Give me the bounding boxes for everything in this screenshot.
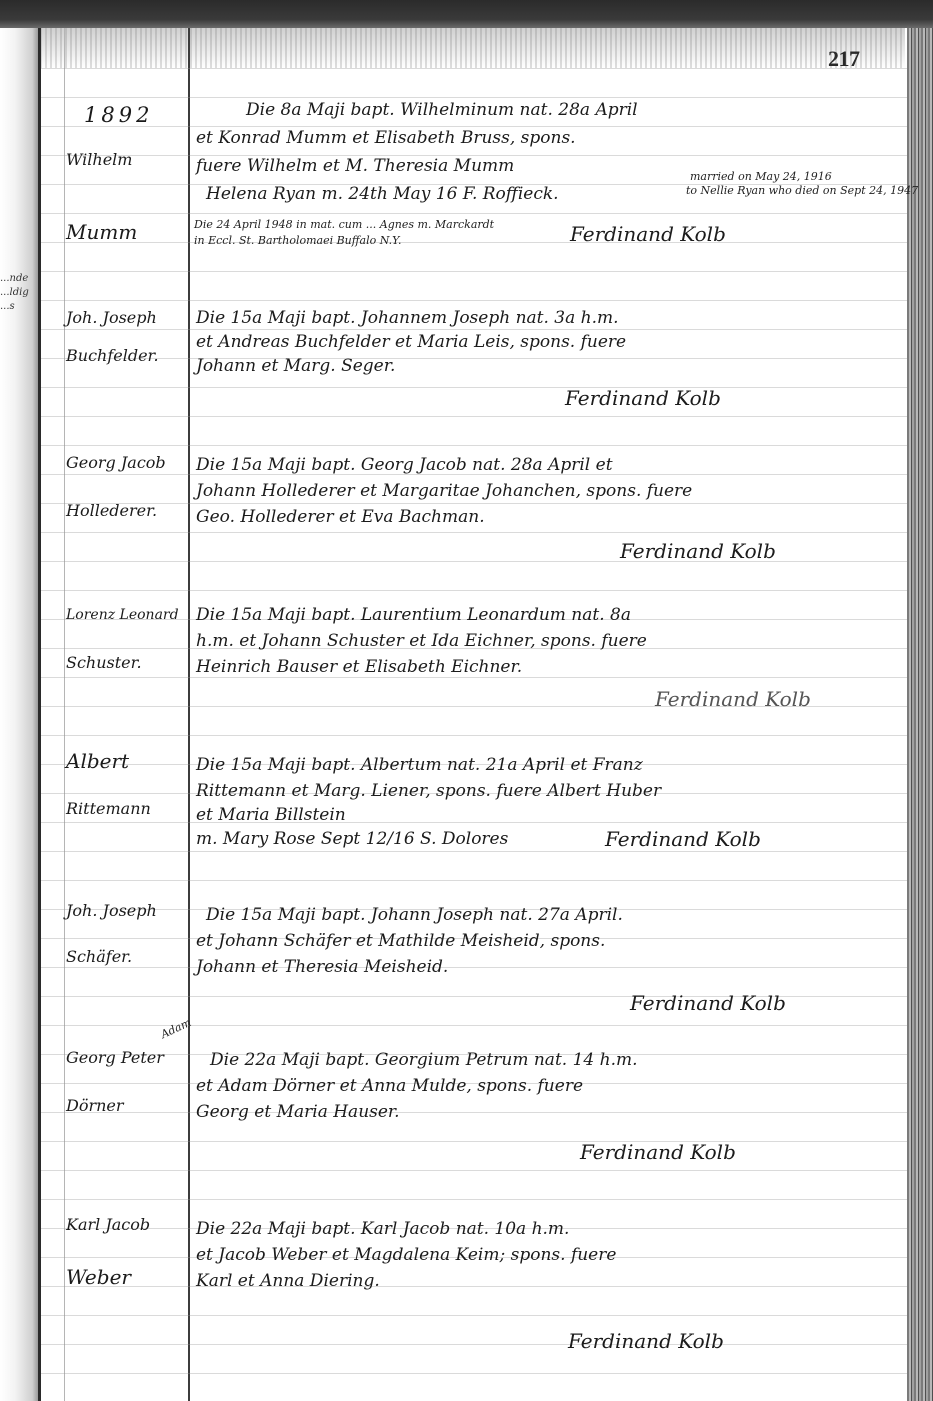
- entry-line: Die 15a Maji bapt. Albertum nat. 21a Apr…: [196, 755, 643, 775]
- scan-top-edge: [0, 0, 933, 28]
- page-binding-edge: [907, 28, 933, 1401]
- page-number: 217: [828, 46, 860, 72]
- surname: Rittemann: [66, 799, 151, 819]
- entry-line: Die 22a Maji bapt. Karl Jacob nat. 10a h…: [196, 1219, 569, 1239]
- given-name: Georg Jacob: [66, 453, 166, 473]
- entry-line: Die 22a Maji bapt. Georgium Petrum nat. …: [210, 1050, 638, 1070]
- entry-line: Die 15a Maji bapt. Johann Joseph nat. 27…: [206, 905, 623, 925]
- entry-line: Geo. Hollederer et Eva Bachman.: [196, 507, 485, 527]
- entry-line: Die 15a Maji bapt. Johannem Joseph nat. …: [196, 308, 619, 328]
- entry-line: Die 15a Maji bapt. Laurentium Leonardum …: [196, 605, 631, 625]
- margin-rule: [38, 28, 41, 1401]
- entry-line-marriage-note: m. Mary Rose Sept 12/16 S. Dolores: [196, 829, 508, 849]
- entry-line: Johann et Theresia Meisheid.: [196, 957, 448, 977]
- name-column-rule: [188, 28, 190, 1401]
- entry-line: Die 15a Maji bapt. Georg Jacob nat. 28a …: [196, 455, 613, 475]
- entry-line: Georg et Maria Hauser.: [196, 1102, 400, 1122]
- entry-line: Heinrich Bauser et Elisabeth Eichner.: [196, 657, 522, 677]
- given-name: Joh. Joseph: [66, 308, 157, 328]
- annotation-wife: to Nellie Ryan who died on Sept 24, 1947: [686, 184, 918, 197]
- entry-line: Helena Ryan m. 24th May 16 F. Roffieck.: [206, 184, 559, 204]
- entry-line: fuere Wilhelm et M. Theresia Mumm: [196, 156, 514, 176]
- given-name: Wilhelm: [66, 150, 132, 170]
- entry-line: et Andreas Buchfelder et Maria Leis, spo…: [196, 332, 626, 352]
- given-name: Georg Peter: [66, 1048, 164, 1068]
- annotation-death: Die 24 April 1948 in mat. cum ... Agnes …: [194, 218, 494, 231]
- surname: Schuster.: [66, 653, 142, 673]
- priest-signature: Ferdinand Kolb: [565, 386, 721, 410]
- given-name: Karl Jacob: [66, 1215, 150, 1235]
- entry-line: et Adam Dörner et Anna Mulde, spons. fue…: [196, 1076, 583, 1096]
- priest-signature: Ferdinand Kolb: [570, 222, 726, 246]
- entry-line: h.m. et Johann Schuster et Ida Eichner, …: [196, 631, 647, 651]
- page-left-margin: [0, 28, 38, 1401]
- surname: Mumm: [66, 222, 137, 242]
- given-name: Lorenz Leonard: [66, 605, 179, 625]
- entry-line: et Konrad Mumm et Elisabeth Bruss, spons…: [196, 128, 576, 148]
- entry-line: et Johann Schäfer et Mathilde Meisheid, …: [196, 931, 605, 951]
- annotation-church: in Eccl. St. Bartholomaei Buffalo N.Y.: [194, 234, 402, 247]
- margin-note: ...nde ...ldig ...s: [0, 272, 36, 314]
- annotation-married: married on May 24, 1916: [690, 170, 832, 183]
- given-name: Albert: [66, 751, 129, 771]
- entry-line: Johann Hollederer et Margaritae Johanche…: [196, 481, 692, 501]
- given-name: Joh. Joseph: [66, 901, 157, 921]
- margin-rule-secondary: [64, 28, 65, 1401]
- entry-line: Die 8a Maji bapt. Wilhelminum nat. 28a A…: [246, 100, 638, 120]
- priest-signature: Ferdinand Kolb: [620, 539, 776, 563]
- surname: Hollederer.: [66, 501, 157, 521]
- entry-line: et Maria Billstein: [196, 805, 346, 825]
- scan-noise: [0, 28, 905, 68]
- priest-signature: Ferdinand Kolb: [568, 1329, 724, 1353]
- entry-line: Karl et Anna Diering.: [196, 1271, 380, 1291]
- register-year: 1892: [84, 103, 153, 127]
- entry-line: et Jacob Weber et Magdalena Keim; spons.…: [196, 1245, 616, 1265]
- entry-line: Johann et Marg. Seger.: [196, 356, 395, 376]
- priest-signature: Ferdinand Kolb: [580, 1140, 736, 1164]
- priest-signature: Ferdinand Kolb: [605, 827, 761, 851]
- surname: Schäfer.: [66, 947, 132, 967]
- ruled-lines: [41, 40, 907, 1401]
- entry-line: Rittemann et Marg. Liener, spons. fuere …: [196, 781, 661, 801]
- priest-signature: Ferdinand Kolb: [655, 687, 811, 711]
- surname: Dörner: [66, 1096, 124, 1116]
- priest-signature: Ferdinand Kolb: [630, 991, 786, 1015]
- surname: Weber: [66, 1267, 131, 1287]
- surname: Buchfelder.: [66, 346, 159, 366]
